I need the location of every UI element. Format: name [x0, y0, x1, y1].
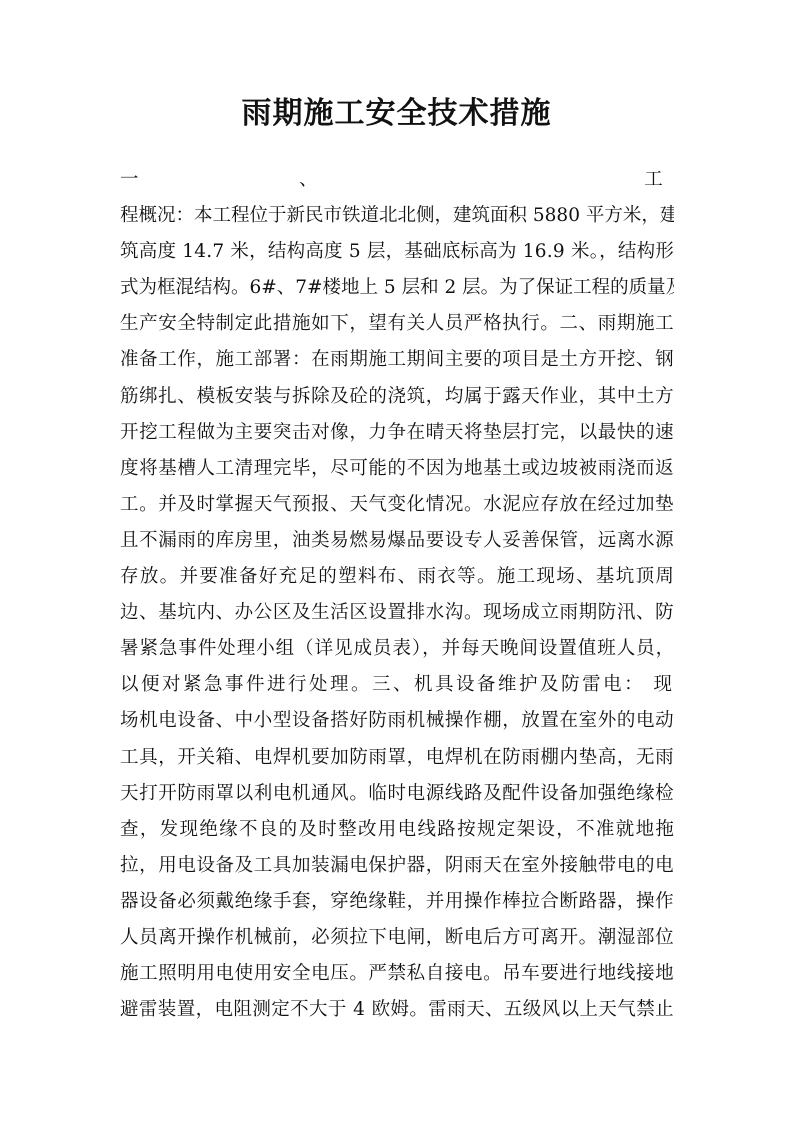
- body-line: 查，发现绝缘不良的及时整改用电线路按规定架设，不准就地拖: [120, 812, 674, 848]
- body-line: 施工照明用电使用安全电压。严禁私自接电。吊车要进行地线接地: [120, 956, 674, 992]
- body-line: 开挖工程做为主要突击对像，力争在晴天将垫层打完，以最快的速: [120, 415, 674, 451]
- body-line: 筑高度 14.7 米，结构高度 5 层，基础底标高为 16.9 米。，结构形: [120, 234, 674, 270]
- body-line: 工具，开关箱、电焊机要加防雨罩，电焊机在防雨棚内垫高，无雨: [120, 740, 674, 776]
- body-line: 准备工作，施工部署：在雨期施工期间主要的项目是土方开挖、钢: [120, 342, 674, 378]
- body-line: 工。并及时掌握天气预报、天气变化情况。水泥应存放在经过加垫: [120, 487, 674, 523]
- body-line: 度将基槽人工清理完毕，尽可能的不因为地基土或边坡被雨浇而返: [120, 451, 674, 487]
- body-line: 式为框混结构。6#、7#楼地上 5 层和 2 层。为了保证工程的质量及: [120, 270, 674, 306]
- document-body: 一、 工 程概况：本工程位于新民市铁道北北侧，建筑面积 5880 平方米，建 筑…: [120, 162, 674, 1028]
- body-line: 器设备必须戴绝缘手套，穿绝缘鞋，并用操作棒拉合断路器，操作: [120, 884, 674, 920]
- body-line: 筋绑扎、模板安装与拆除及砼的浇筑，均属于露天作业，其中土方: [120, 379, 674, 415]
- body-line: 暑紧急事件处理小组（详见成员表），并每天晚间设置值班人员，: [120, 631, 674, 667]
- body-line: 拉，用电设备及工具加装漏电保护器，阴雨天在室外接触带电的电: [120, 848, 674, 884]
- body-line: 边、基坑内、办公区及生活区设置排水沟。现场成立雨期防汛、防: [120, 595, 674, 631]
- body-line: 避雷装置，电阻测定不大于 4 欧姆。雷雨天、五级风以上天气禁止: [120, 992, 674, 1028]
- body-line: 人员离开操作机械前，必须拉下电闸，断电后方可离开。潮湿部位: [120, 920, 674, 956]
- body-line: 天打开防雨罩以利电机通风。临时电源线路及配件设备加强绝缘检: [120, 776, 674, 812]
- body-line: 一、 工: [120, 162, 674, 198]
- body-line: 且不漏雨的库房里，油类易燃易爆品要设专人妥善保管，远离水源: [120, 523, 674, 559]
- body-line: 以便对紧急事件进行处理。三、机具设备维护及防雷电： 现: [120, 667, 674, 703]
- document-page: 雨期施工安全技术措施 一、 工 程概况：本工程位于新民市铁道北北侧，建筑面积 5…: [0, 0, 793, 1122]
- body-line: 生产安全特制定此措施如下，望有关人员严格执行。二、雨期施工: [120, 306, 674, 342]
- document-title: 雨期施工安全技术措施: [0, 94, 793, 134]
- body-line: 场机电设备、中小型设备搭好防雨机械操作棚，放置在室外的电动: [120, 703, 674, 739]
- body-line: 存放。并要准备好充足的塑料布、雨衣等。施工现场、基坑顶周: [120, 559, 674, 595]
- body-line: 程概况：本工程位于新民市铁道北北侧，建筑面积 5880 平方米，建: [120, 198, 674, 234]
